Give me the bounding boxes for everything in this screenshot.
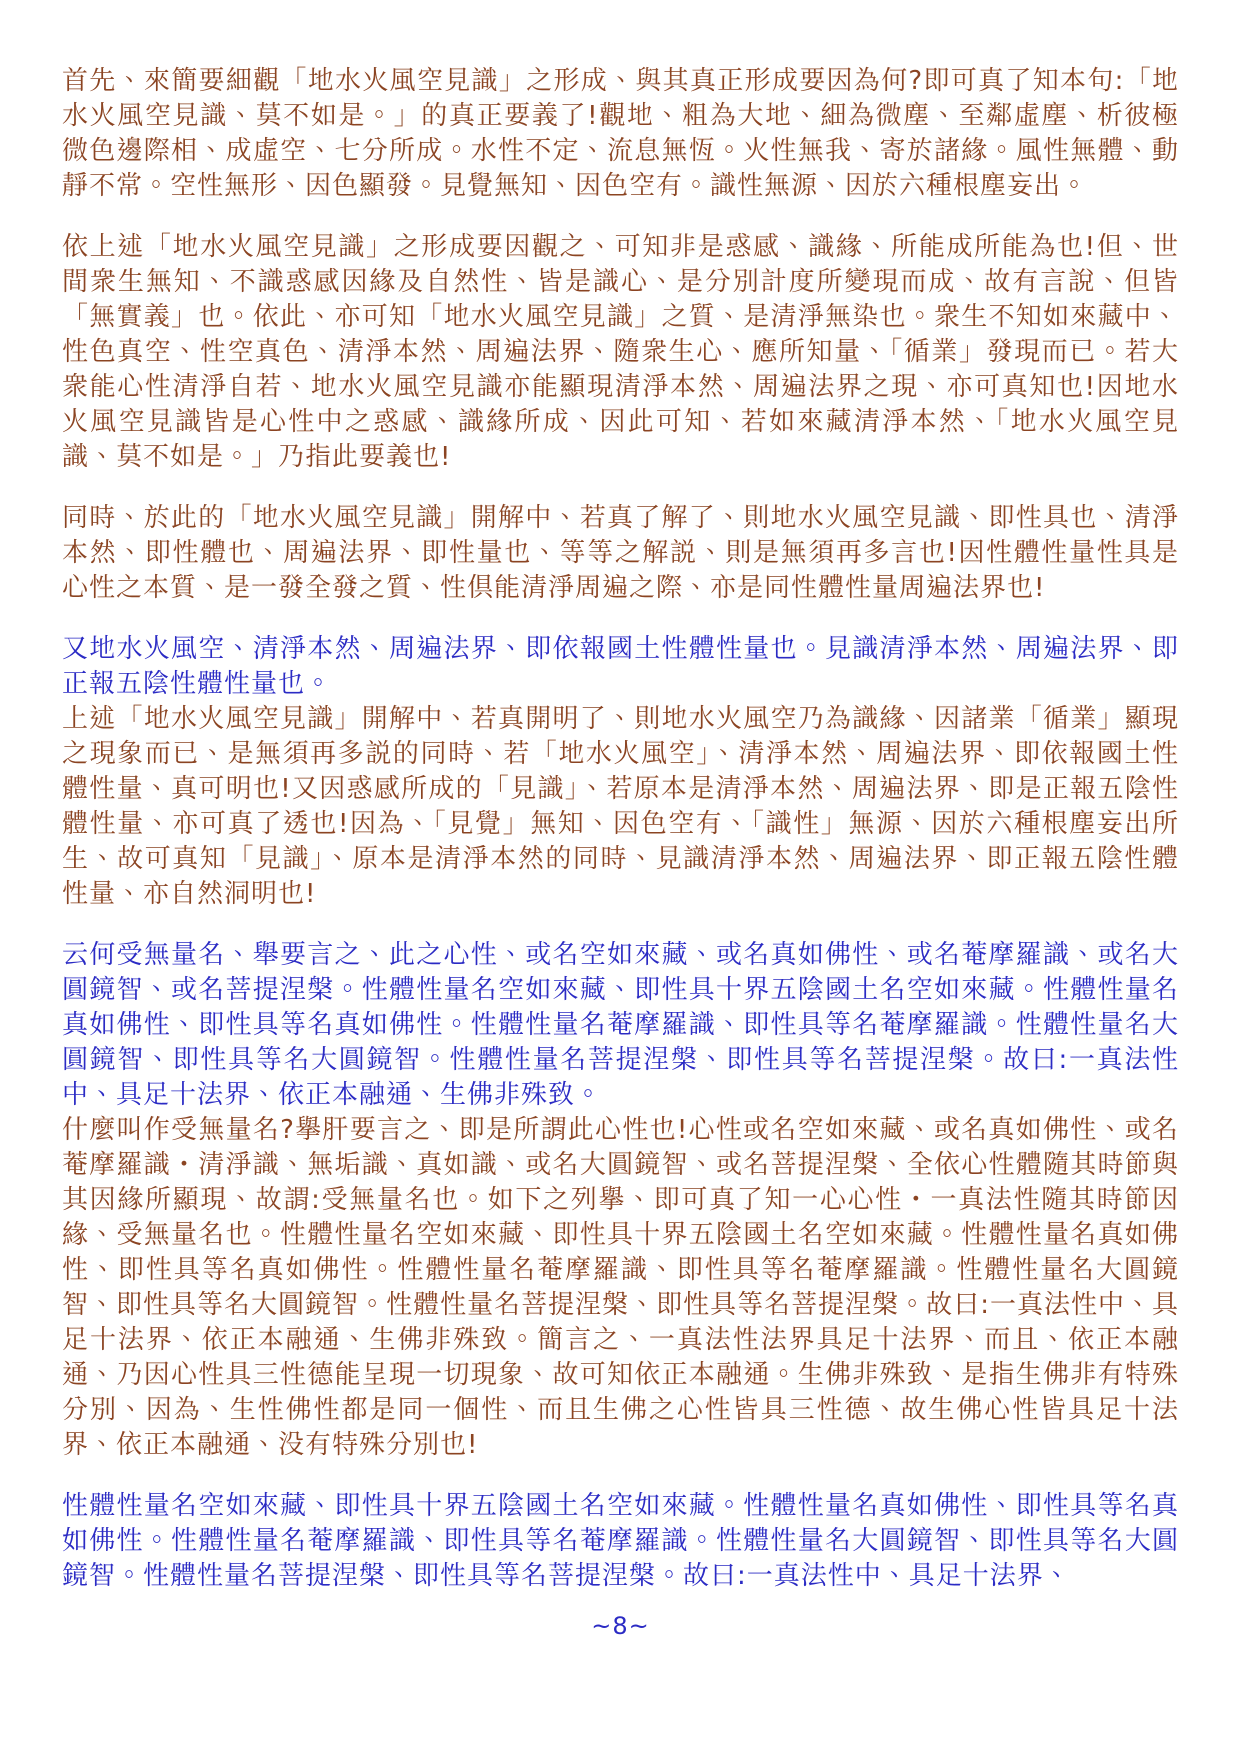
paragraph-8: 性體性量名空如來藏、即性具十界五陰國土名空如來藏。性體性量名真如佛性、即性具等名… xyxy=(62,1489,1179,1594)
page-number: ~8~ xyxy=(62,1612,1179,1640)
paragraph-1: 首先、來簡要細觀「地水火風空見識」之形成、與其真正形成要因為何?即可真了知本句:… xyxy=(62,64,1179,204)
paragraph-3: 同時、於此的「地水火風空見識」開解中、若真了解了、則地水火風空見識、即性具也、清… xyxy=(62,501,1179,606)
paragraph-2: 依上述「地水火風空見識」之形成要因觀之、可知非是惑感、識緣、所能成所能為也!但、… xyxy=(62,230,1179,475)
paragraph-4: 又地水火風空、清淨本然、周遍法界、即依報國土性體性量也。見識清淨本然、周遍法界、… xyxy=(62,632,1179,702)
paragraph-7: 什麼叫作受無量名?擧肝要言之、即是所謂此心性也!心性或名空如來藏、或名真如佛性、… xyxy=(62,1113,1179,1463)
document-page: 首先、來簡要細觀「地水火風空見識」之形成、與其真正形成要因為何?即可真了知本句:… xyxy=(0,0,1241,1755)
paragraph-5: 上述「地水火風空見識」開解中、若真開明了、則地水火風空乃為識緣、因諸業「循業」顯… xyxy=(62,702,1179,912)
paragraph-6: 云何受無量名、舉要言之、此之心性、或名空如來藏、或名真如佛性、或名菴摩羅識、或名… xyxy=(62,938,1179,1113)
